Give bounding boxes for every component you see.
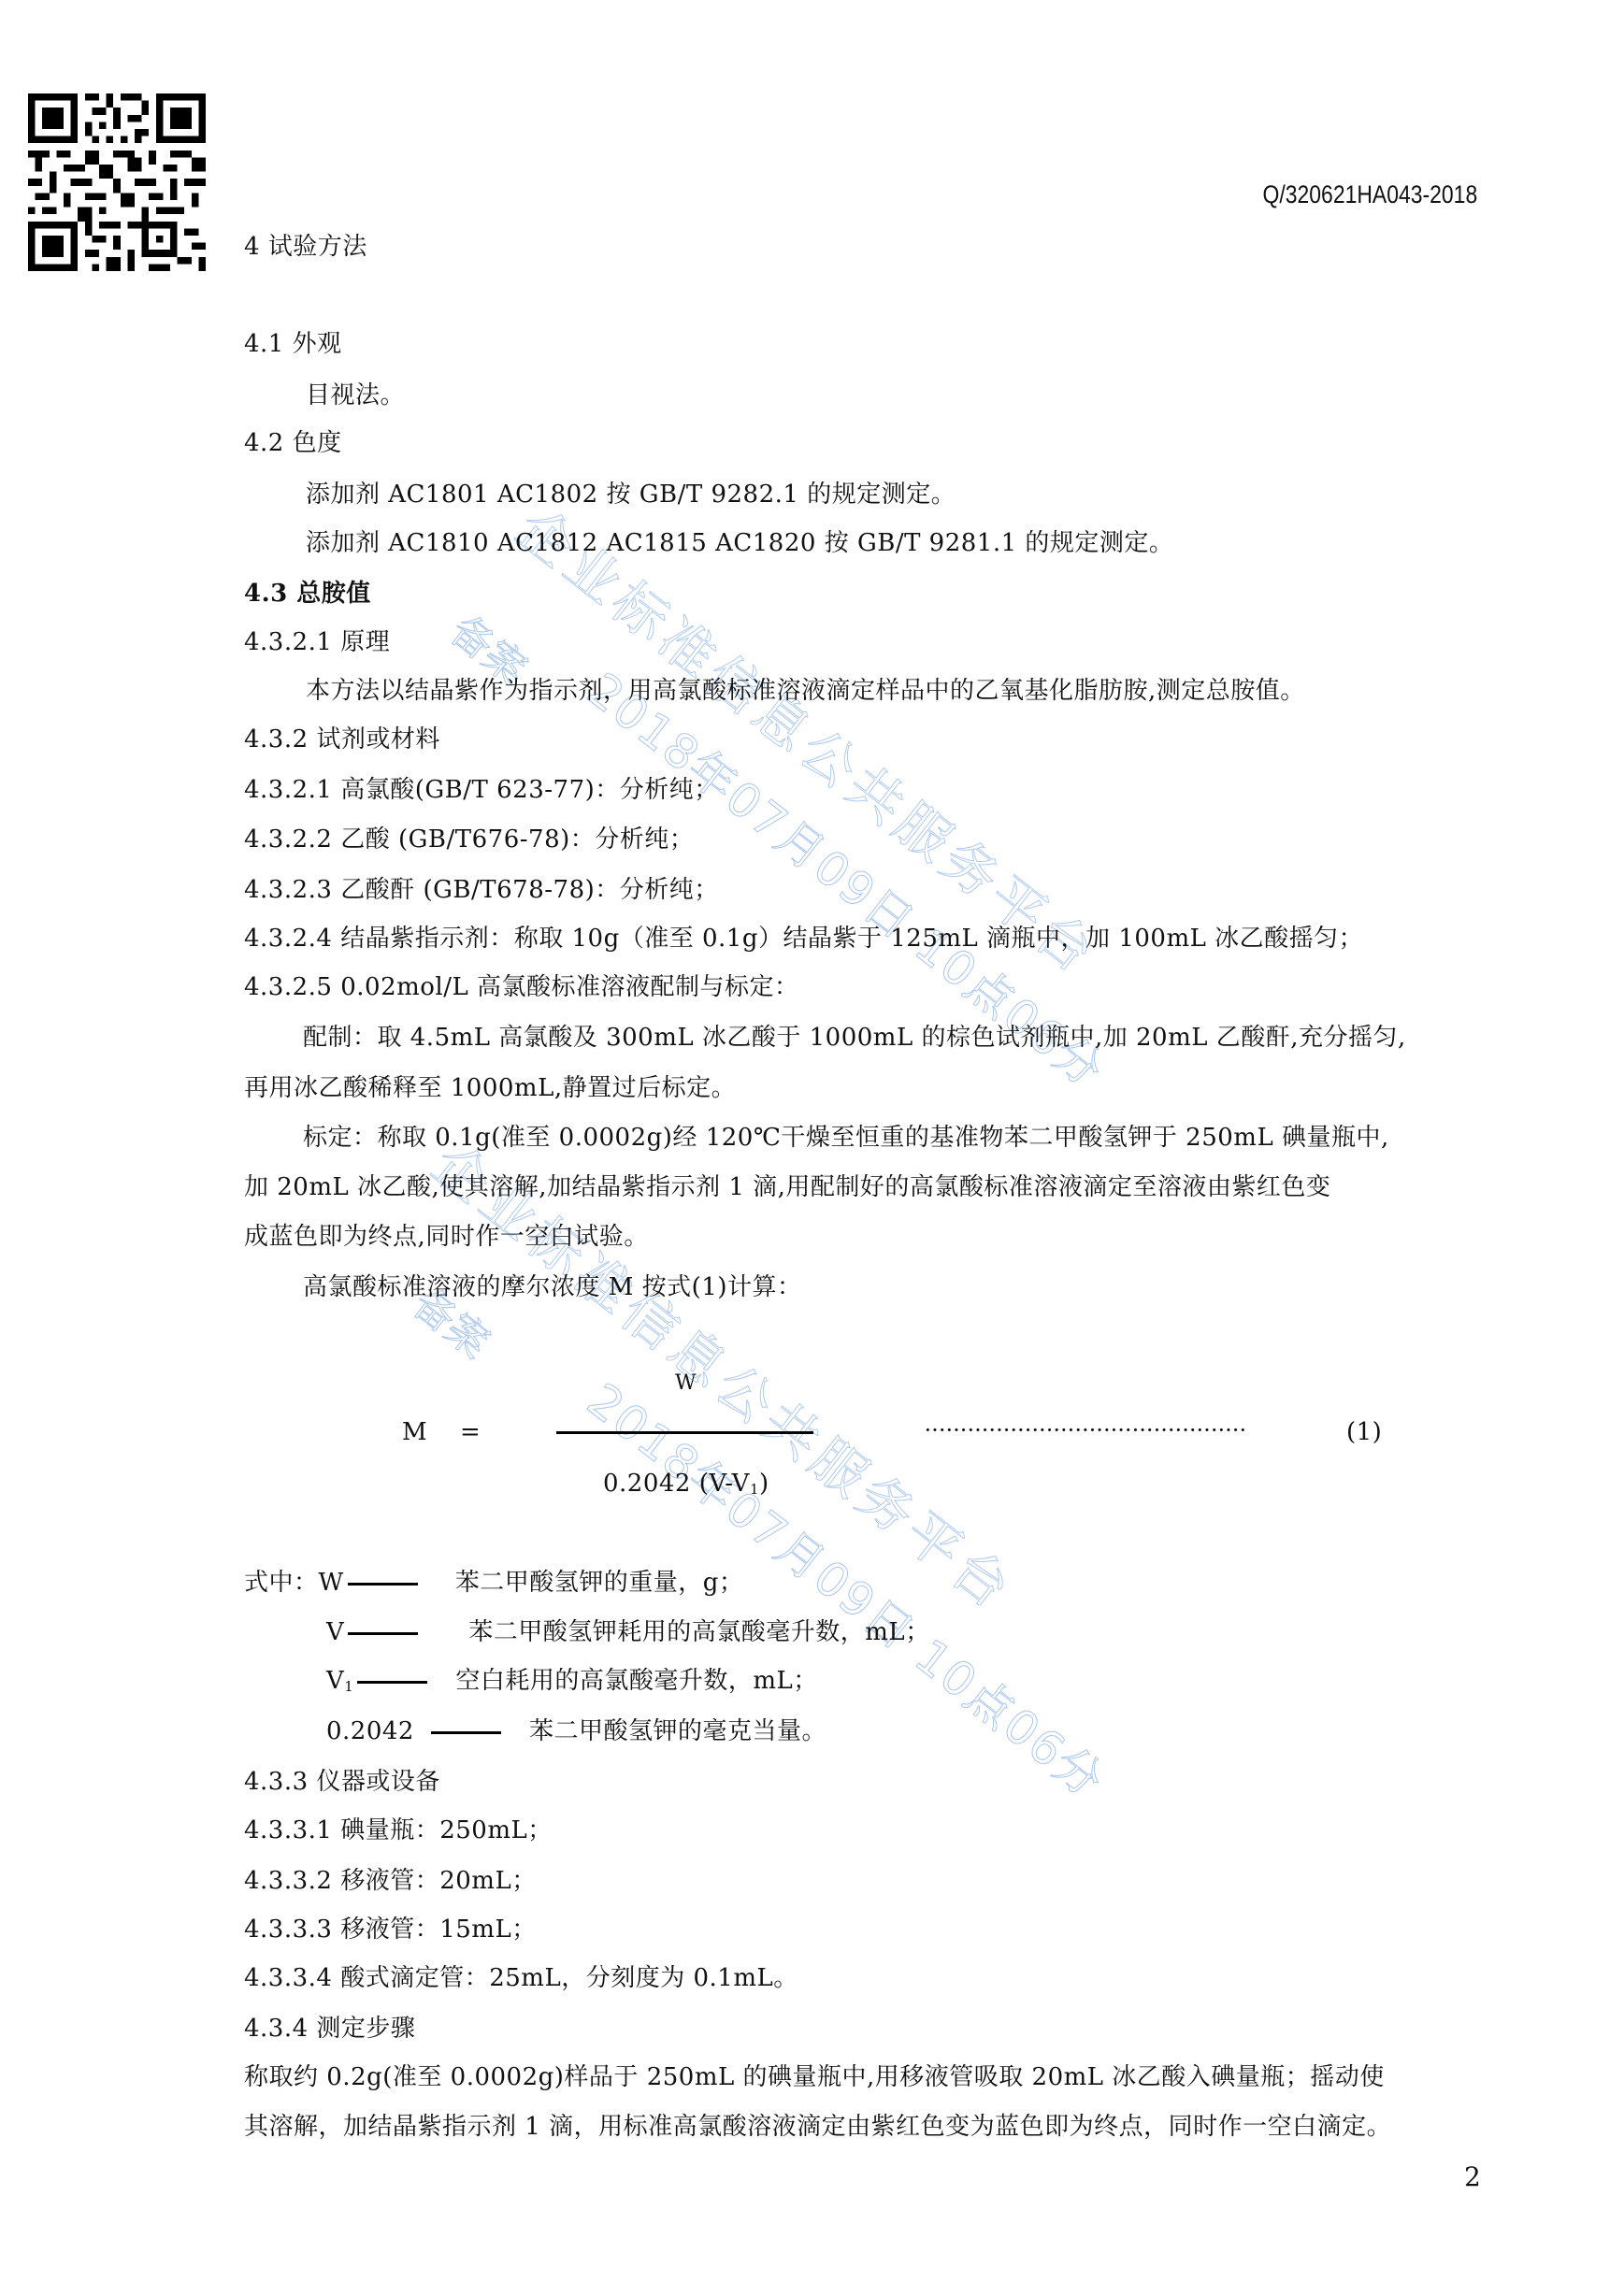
legend-item-v1: V1空白耗用的高氯酸毫升数，mL；: [326, 1665, 818, 1702]
page-number: 2: [1464, 2161, 1481, 2192]
paragraph: 添加剂 AC1810 AC1812 AC1815 AC1820 按 GB/T 9…: [306, 527, 1173, 559]
list-item: 4.3.2.3 乙酸酐 (GB/T678-78)：分析纯；: [244, 874, 719, 906]
formula-numerator: W: [675, 1368, 697, 1399]
paragraph: 再用冰乙酸稀释至 1000mL,静置过后标定。: [244, 1072, 736, 1104]
legend-item-constant: 0.2042苯二甲酸氢钾的毫克当量。: [326, 1715, 826, 1747]
paragraph: 目视法。: [306, 380, 405, 411]
paragraph: 标定：称取 0.1g(准至 0.0002g)经 120℃干燥至恒重的基准物苯二甲…: [303, 1122, 1389, 1154]
list-item: 4.3.3.3 移液管：15mL；: [244, 1914, 537, 1945]
section-heading-4-3-3: 4.3.3 仪器或设备: [244, 1766, 440, 1798]
legend-item-w: 式中：W苯二甲酸氢钾的重量，g；: [244, 1567, 743, 1599]
paragraph: 本方法以结晶紫作为指示剂，用高氯酸标准溶液滴定样品中的乙氧基化脂肪胺,测定总胺值…: [306, 675, 1305, 707]
paragraph: 配制：取 4.5mL 高氯酸及 300mL 冰乙酸于 1000mL 的棕色试剂瓶…: [303, 1022, 1406, 1054]
section-heading-4-3: 4.3 总胺值: [244, 578, 371, 610]
equation-number: (1): [1346, 1416, 1382, 1448]
formula-equals: =: [460, 1416, 481, 1448]
qr-code-icon: [28, 93, 206, 271]
list-item: 4.3.2.1 高氯酸(GB/T 623-77)：分析纯；: [244, 774, 719, 806]
paragraph: 成蓝色即为终点,同时作一空白试验。: [244, 1221, 649, 1253]
list-item: 4.3.2.5 0.02mol/L 高氯酸标准溶液配制与标定：: [244, 971, 799, 1003]
paragraph: 称取约 0.2g(准至 0.0002g)样品于 250mL 的碘量瓶中,用移液管…: [244, 2061, 1385, 2093]
paragraph: 加 20mL 冰乙酸,使其溶解,加结晶紫指示剂 1 滴,用配制好的高氯酸标准溶液…: [244, 1171, 1330, 1203]
list-item: 4.3.3.4 酸式滴定管：25mL，分刻度为 0.1mL。: [244, 1962, 798, 1994]
dash: [431, 1731, 501, 1734]
list-item: 4.3.2.4 结晶紫指示剂：称取 10g（准至 0.1g）结晶紫于 125mL…: [244, 923, 1363, 954]
list-item: 4.3.2.2 乙酸 (GB/T676-78)：分析纯；: [244, 824, 694, 855]
dash: [348, 1583, 418, 1586]
section-heading-principle: 4.3.2.1 原理: [244, 626, 390, 658]
watermark-platform: 企业标准信息公共服务平台: [503, 486, 1117, 990]
list-item: 4.3.3.1 碘量瓶：250mL；: [244, 1815, 553, 1846]
leader-dots: ········································…: [924, 1416, 1298, 1444]
paragraph: 添加剂 AC1801 AC1802 按 GB/T 9282.1 的规定测定。: [306, 479, 956, 510]
fraction-bar: [556, 1431, 813, 1434]
section-heading-4-2: 4.2 色度: [244, 427, 342, 459]
formula-denominator: 0.2042 (V-V1): [603, 1468, 769, 1505]
section-heading-4-3-4: 4.3.4 测定步骤: [244, 2013, 415, 2045]
section-heading-4-3-2: 4.3.2 试剂或材料: [244, 724, 440, 755]
formula-lhs: M: [402, 1416, 427, 1448]
paragraph: 高氯酸标准溶液的摩尔浓度 M 按式(1)计算：: [303, 1271, 801, 1303]
legend-item-v: V苯二甲酸氢钾耗用的高氯酸毫升数，mL；: [326, 1616, 930, 1648]
paragraph: 其溶解，加结晶紫指示剂 1 滴，用标准高氯酸溶液滴定由紫红色变为蓝色即为终点，同…: [244, 2111, 1391, 2143]
dash: [348, 1632, 418, 1635]
list-item: 4.3.3.2 移液管：20mL；: [244, 1865, 537, 1897]
section-heading-4: 4 试验方法: [244, 231, 367, 263]
dash: [357, 1681, 427, 1684]
standard-code: Q/320621HA043-2018: [1262, 180, 1477, 209]
section-heading-4-1: 4.1 外观: [244, 328, 342, 360]
